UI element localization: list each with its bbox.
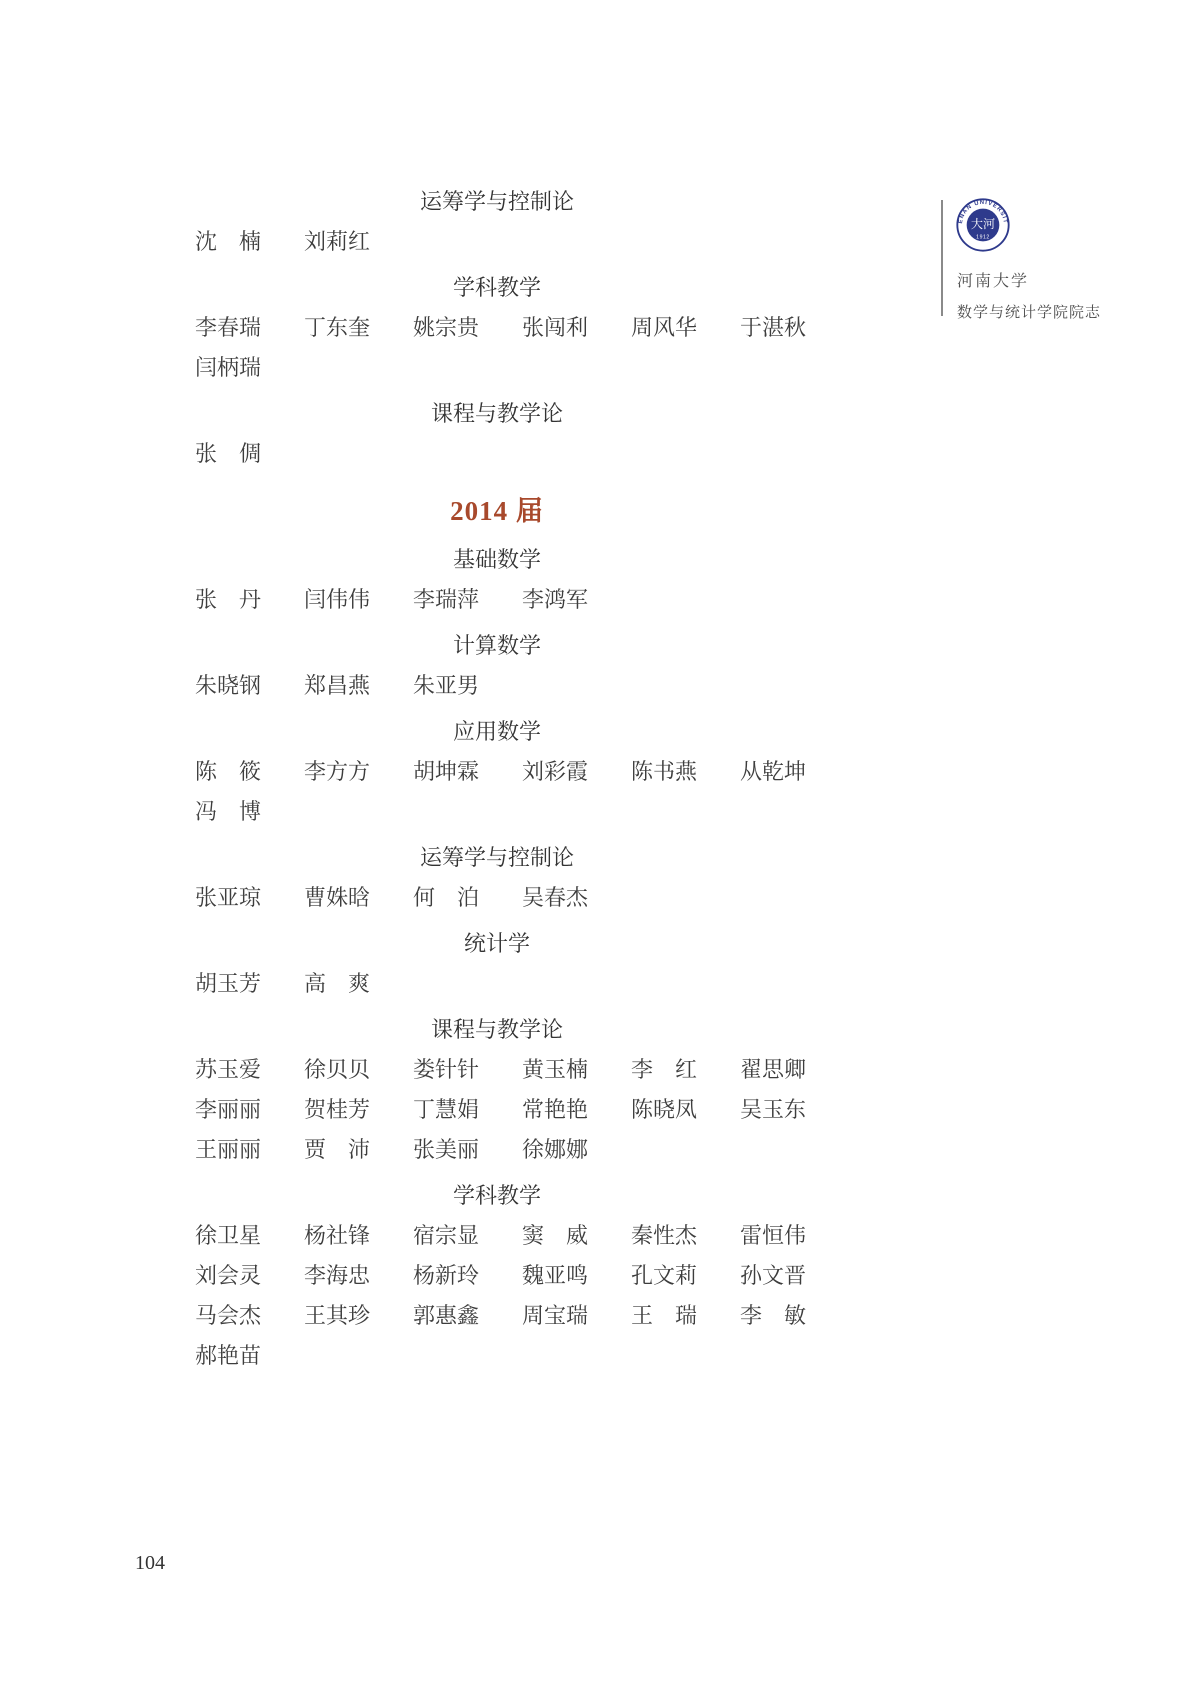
graduate-name-row: 朱晓钢郑昌燕朱亚男 [195, 666, 855, 706]
graduate-name: 周宝瑞 [522, 1296, 631, 1336]
section-heading: 计算数学 [195, 626, 799, 666]
graduate-name: 宿宗显 [413, 1216, 522, 1256]
graduate-name: 丁东奎 [304, 308, 413, 348]
graduate-name-row: 郝艳苗 [195, 1336, 855, 1376]
section-heading: 基础数学 [195, 540, 799, 580]
graduate-name: 秦性杰 [631, 1216, 740, 1256]
graduate-name: 朱晓钢 [195, 666, 304, 706]
graduate-name: 孙文晋 [740, 1256, 849, 1296]
graduate-name: 李瑞萍 [413, 580, 522, 620]
graduate-sections: 运筹学与控制论沈 楠刘莉红学科教学李春瑞丁东奎姚宗贵张闯利周风华于湛秋闫柄瑞课程… [195, 182, 855, 1376]
graduate-name: 张 倜 [195, 434, 304, 474]
section-heading: 应用数学 [195, 712, 799, 752]
graduate-name: 贺桂芳 [304, 1090, 413, 1130]
section-heading: 课程与教学论 [195, 1010, 799, 1050]
graduate-name-row: 刘会灵李海忠杨新玲魏亚鸣孔文莉孙文晋 [195, 1256, 855, 1296]
henan-university-seal-icon: ·HENAN UNIVERSITY· 大河 1912 [955, 197, 1011, 253]
graduate-name: 张美丽 [413, 1130, 522, 1170]
seal-year-text: 1912 [976, 235, 990, 241]
graduate-name-row: 陈 筱李方方胡坤霖刘彩霞陈书燕从乾坤 [195, 752, 855, 792]
graduate-name: 周风华 [631, 308, 740, 348]
graduate-name: 张 丹 [195, 580, 304, 620]
graduate-name-row: 李春瑞丁东奎姚宗贵张闯利周风华于湛秋 [195, 308, 855, 348]
graduate-name: 闫柄瑞 [195, 348, 304, 388]
graduate-name: 从乾坤 [740, 752, 849, 792]
graduate-name: 雷恒伟 [740, 1216, 849, 1256]
graduate-name: 陈书燕 [631, 752, 740, 792]
graduate-name: 李丽丽 [195, 1090, 304, 1130]
graduate-name: 李海忠 [304, 1256, 413, 1296]
graduate-name: 丁慧娟 [413, 1090, 522, 1130]
graduate-name: 王丽丽 [195, 1130, 304, 1170]
graduate-name: 王 瑞 [631, 1296, 740, 1336]
graduate-name: 孔文莉 [631, 1256, 740, 1296]
graduate-name: 王其珍 [304, 1296, 413, 1336]
graduate-name: 杨新玲 [413, 1256, 522, 1296]
graduate-name: 胡坤霖 [413, 752, 522, 792]
seal-center-glyphs: 大河 [971, 216, 995, 231]
graduate-name: 魏亚鸣 [522, 1256, 631, 1296]
graduate-name: 李鸿军 [522, 580, 631, 620]
graduate-name: 朱亚男 [413, 666, 522, 706]
graduate-name-row: 李丽丽贺桂芳丁慧娟常艳艳陈晓凤吴玉东 [195, 1090, 855, 1130]
sidebar-university-name: 河南大学 [957, 268, 1029, 291]
graduate-name-row: 沈 楠刘莉红 [195, 222, 855, 262]
graduate-name-row: 王丽丽贾 沛张美丽徐娜娜 [195, 1130, 855, 1170]
section-heading: 课程与教学论 [195, 394, 799, 434]
sidebar-divider-line [941, 200, 943, 316]
graduate-name: 窦 威 [522, 1216, 631, 1256]
graduate-name-row: 冯 博 [195, 792, 855, 832]
graduate-name: 刘彩霞 [522, 752, 631, 792]
graduate-name: 杨社锋 [304, 1216, 413, 1256]
graduate-name: 李 敏 [740, 1296, 849, 1336]
graduate-name: 胡玉芳 [195, 964, 304, 1004]
sidebar-book-title: 数学与统计学院院志 [957, 301, 1101, 322]
page-number: 104 [135, 1552, 165, 1575]
book-page: 运筹学与控制论沈 楠刘莉红学科教学李春瑞丁东奎姚宗贵张闯利周风华于湛秋闫柄瑞课程… [0, 0, 1190, 1684]
graduate-name: 徐卫星 [195, 1216, 304, 1256]
graduate-name: 陈 筱 [195, 752, 304, 792]
graduate-name: 黄玉楠 [522, 1050, 631, 1090]
section-heading: 学科教学 [195, 268, 799, 308]
graduate-name-row: 闫柄瑞 [195, 348, 855, 388]
graduate-name: 徐贝贝 [304, 1050, 413, 1090]
graduate-name: 徐娜娜 [522, 1130, 631, 1170]
graduate-name: 刘莉红 [304, 222, 413, 262]
graduate-name: 陈晓凤 [631, 1090, 740, 1130]
graduate-name: 贾 沛 [304, 1130, 413, 1170]
graduate-name: 张闯利 [522, 308, 631, 348]
year-heading: 2014 届 [195, 488, 799, 534]
graduate-name: 吴春杰 [522, 878, 631, 918]
graduate-name: 苏玉爱 [195, 1050, 304, 1090]
section-heading: 运筹学与控制论 [195, 182, 799, 222]
graduate-name: 吴玉东 [740, 1090, 849, 1130]
graduate-name: 于湛秋 [740, 308, 849, 348]
graduate-name: 张亚琼 [195, 878, 304, 918]
graduate-name: 常艳艳 [522, 1090, 631, 1130]
graduate-name: 刘会灵 [195, 1256, 304, 1296]
graduate-name-row: 张 倜 [195, 434, 855, 474]
graduate-name: 郝艳苗 [195, 1336, 304, 1376]
graduate-name: 马会杰 [195, 1296, 304, 1336]
graduate-name: 闫伟伟 [304, 580, 413, 620]
graduate-name: 沈 楠 [195, 222, 304, 262]
graduate-name: 何 泊 [413, 878, 522, 918]
graduate-name: 冯 博 [195, 792, 304, 832]
graduate-name: 姚宗贵 [413, 308, 522, 348]
section-heading: 运筹学与控制论 [195, 838, 799, 878]
graduate-name-row: 苏玉爱徐贝贝娄针针黄玉楠李 红翟思卿 [195, 1050, 855, 1090]
graduate-name: 李方方 [304, 752, 413, 792]
graduate-name: 郭惠鑫 [413, 1296, 522, 1336]
graduate-name: 郑昌燕 [304, 666, 413, 706]
graduate-name: 翟思卿 [740, 1050, 849, 1090]
graduate-name: 李春瑞 [195, 308, 304, 348]
section-heading: 学科教学 [195, 1176, 799, 1216]
graduate-name: 李 红 [631, 1050, 740, 1090]
graduate-name-row: 胡玉芳高 爽 [195, 964, 855, 1004]
graduate-name: 娄针针 [413, 1050, 522, 1090]
section-heading: 统计学 [195, 924, 799, 964]
graduate-name-row: 马会杰王其珍郭惠鑫周宝瑞王 瑞李 敏 [195, 1296, 855, 1336]
graduate-name-row: 张亚琼曹姝晗何 泊吴春杰 [195, 878, 855, 918]
graduate-name: 高 爽 [304, 964, 413, 1004]
graduate-name-row: 张 丹闫伟伟李瑞萍李鸿军 [195, 580, 855, 620]
graduate-name: 曹姝晗 [304, 878, 413, 918]
graduate-name-row: 徐卫星杨社锋宿宗显窦 威秦性杰雷恒伟 [195, 1216, 855, 1256]
